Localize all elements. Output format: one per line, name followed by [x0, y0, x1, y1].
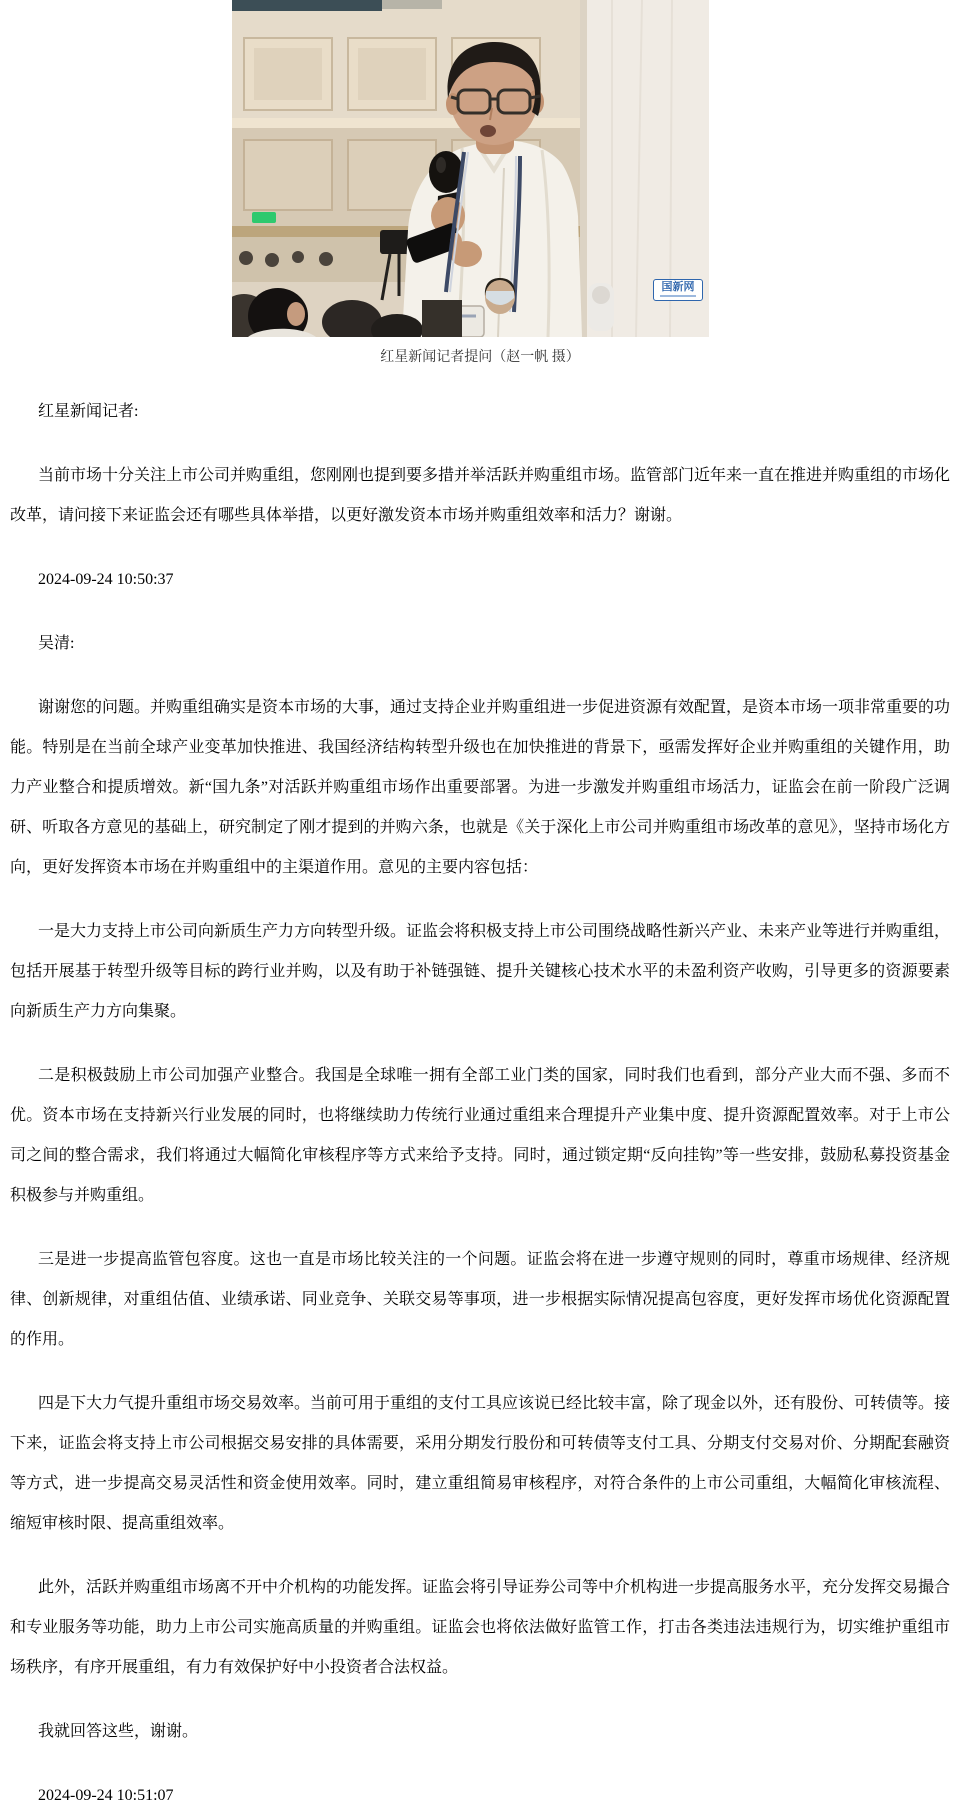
- transcript: 红星新闻记者:当前市场十分关注上市公司并购重组，您刚刚也提到要多措并举活跃并购重…: [0, 392, 960, 1816]
- transcript-paragraph: 三是进一步提高监管包容度。这也一直是市场比较关注的一个问题。证监会将在进一步遵守…: [10, 1240, 950, 1360]
- press-conference-photo-illustration: [232, 0, 709, 337]
- article-page: 国新网 红星新闻记者提问（赵一帆 摄） 红星新闻记者:当前市场十分关注上市公司并…: [0, 0, 960, 1816]
- press-photo: 国新网: [232, 0, 709, 337]
- transcript-paragraph: 我就回答这些，谢谢。: [10, 1712, 950, 1752]
- timestamp: 2024-09-24 10:51:07: [10, 1776, 950, 1816]
- transcript-paragraph: 一是大力支持上市公司向新质生产力方向转型升级。证监会将积极支持上市公司围绕战略性…: [10, 912, 950, 1032]
- transcript-paragraph: 谢谢您的问题。并购重组确实是资本市场的大事，通过支持企业并购重组进一步促进资源有…: [10, 688, 950, 888]
- transcript-paragraph: 四是下大力气提升重组市场交易效率。当前可用于重组的支付工具应该说已经比较丰富，除…: [10, 1384, 950, 1544]
- transcript-paragraph: 当前市场十分关注上市公司并购重组，您刚刚也提到要多措并举活跃并购重组市场。监管部…: [10, 456, 950, 536]
- photo-caption: 红星新闻记者提问（赵一帆 摄）: [0, 348, 960, 368]
- timestamp: 2024-09-24 10:50:37: [10, 560, 950, 600]
- transcript-paragraph: 此外，活跃并购重组市场离不开中介机构的功能发挥。证监会将引导证券公司等中介机构进…: [10, 1568, 950, 1688]
- scio-watermark: 国新网: [653, 279, 703, 301]
- scio-watermark-text: 国新网: [654, 281, 702, 294]
- scio-watermark-url-line: [660, 295, 696, 297]
- transcript-paragraph: 二是积极鼓励上市公司加强产业整合。我国是全球唯一拥有全部工业门类的国家，同时我们…: [10, 1056, 950, 1216]
- speaker-label: 红星新闻记者:: [10, 392, 950, 432]
- speaker-label: 吴清:: [10, 624, 950, 664]
